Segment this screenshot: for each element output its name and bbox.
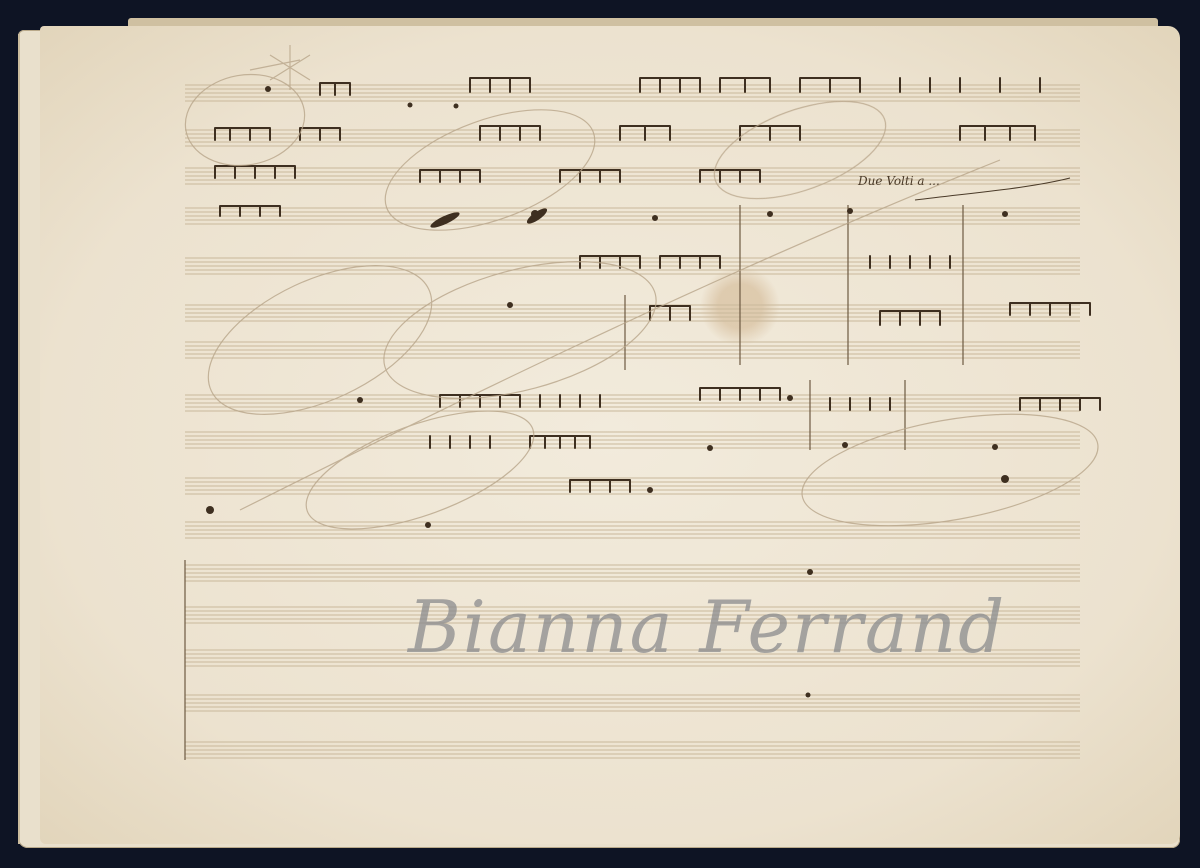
- music-notation: [0, 0, 1200, 868]
- manuscript-photo: Due Volti a ... Bianna Ferrand: [0, 0, 1200, 868]
- pencil-signature: Bianna Ferrand: [408, 585, 1006, 669]
- ink-annotation: Due Volti a ...: [858, 174, 940, 188]
